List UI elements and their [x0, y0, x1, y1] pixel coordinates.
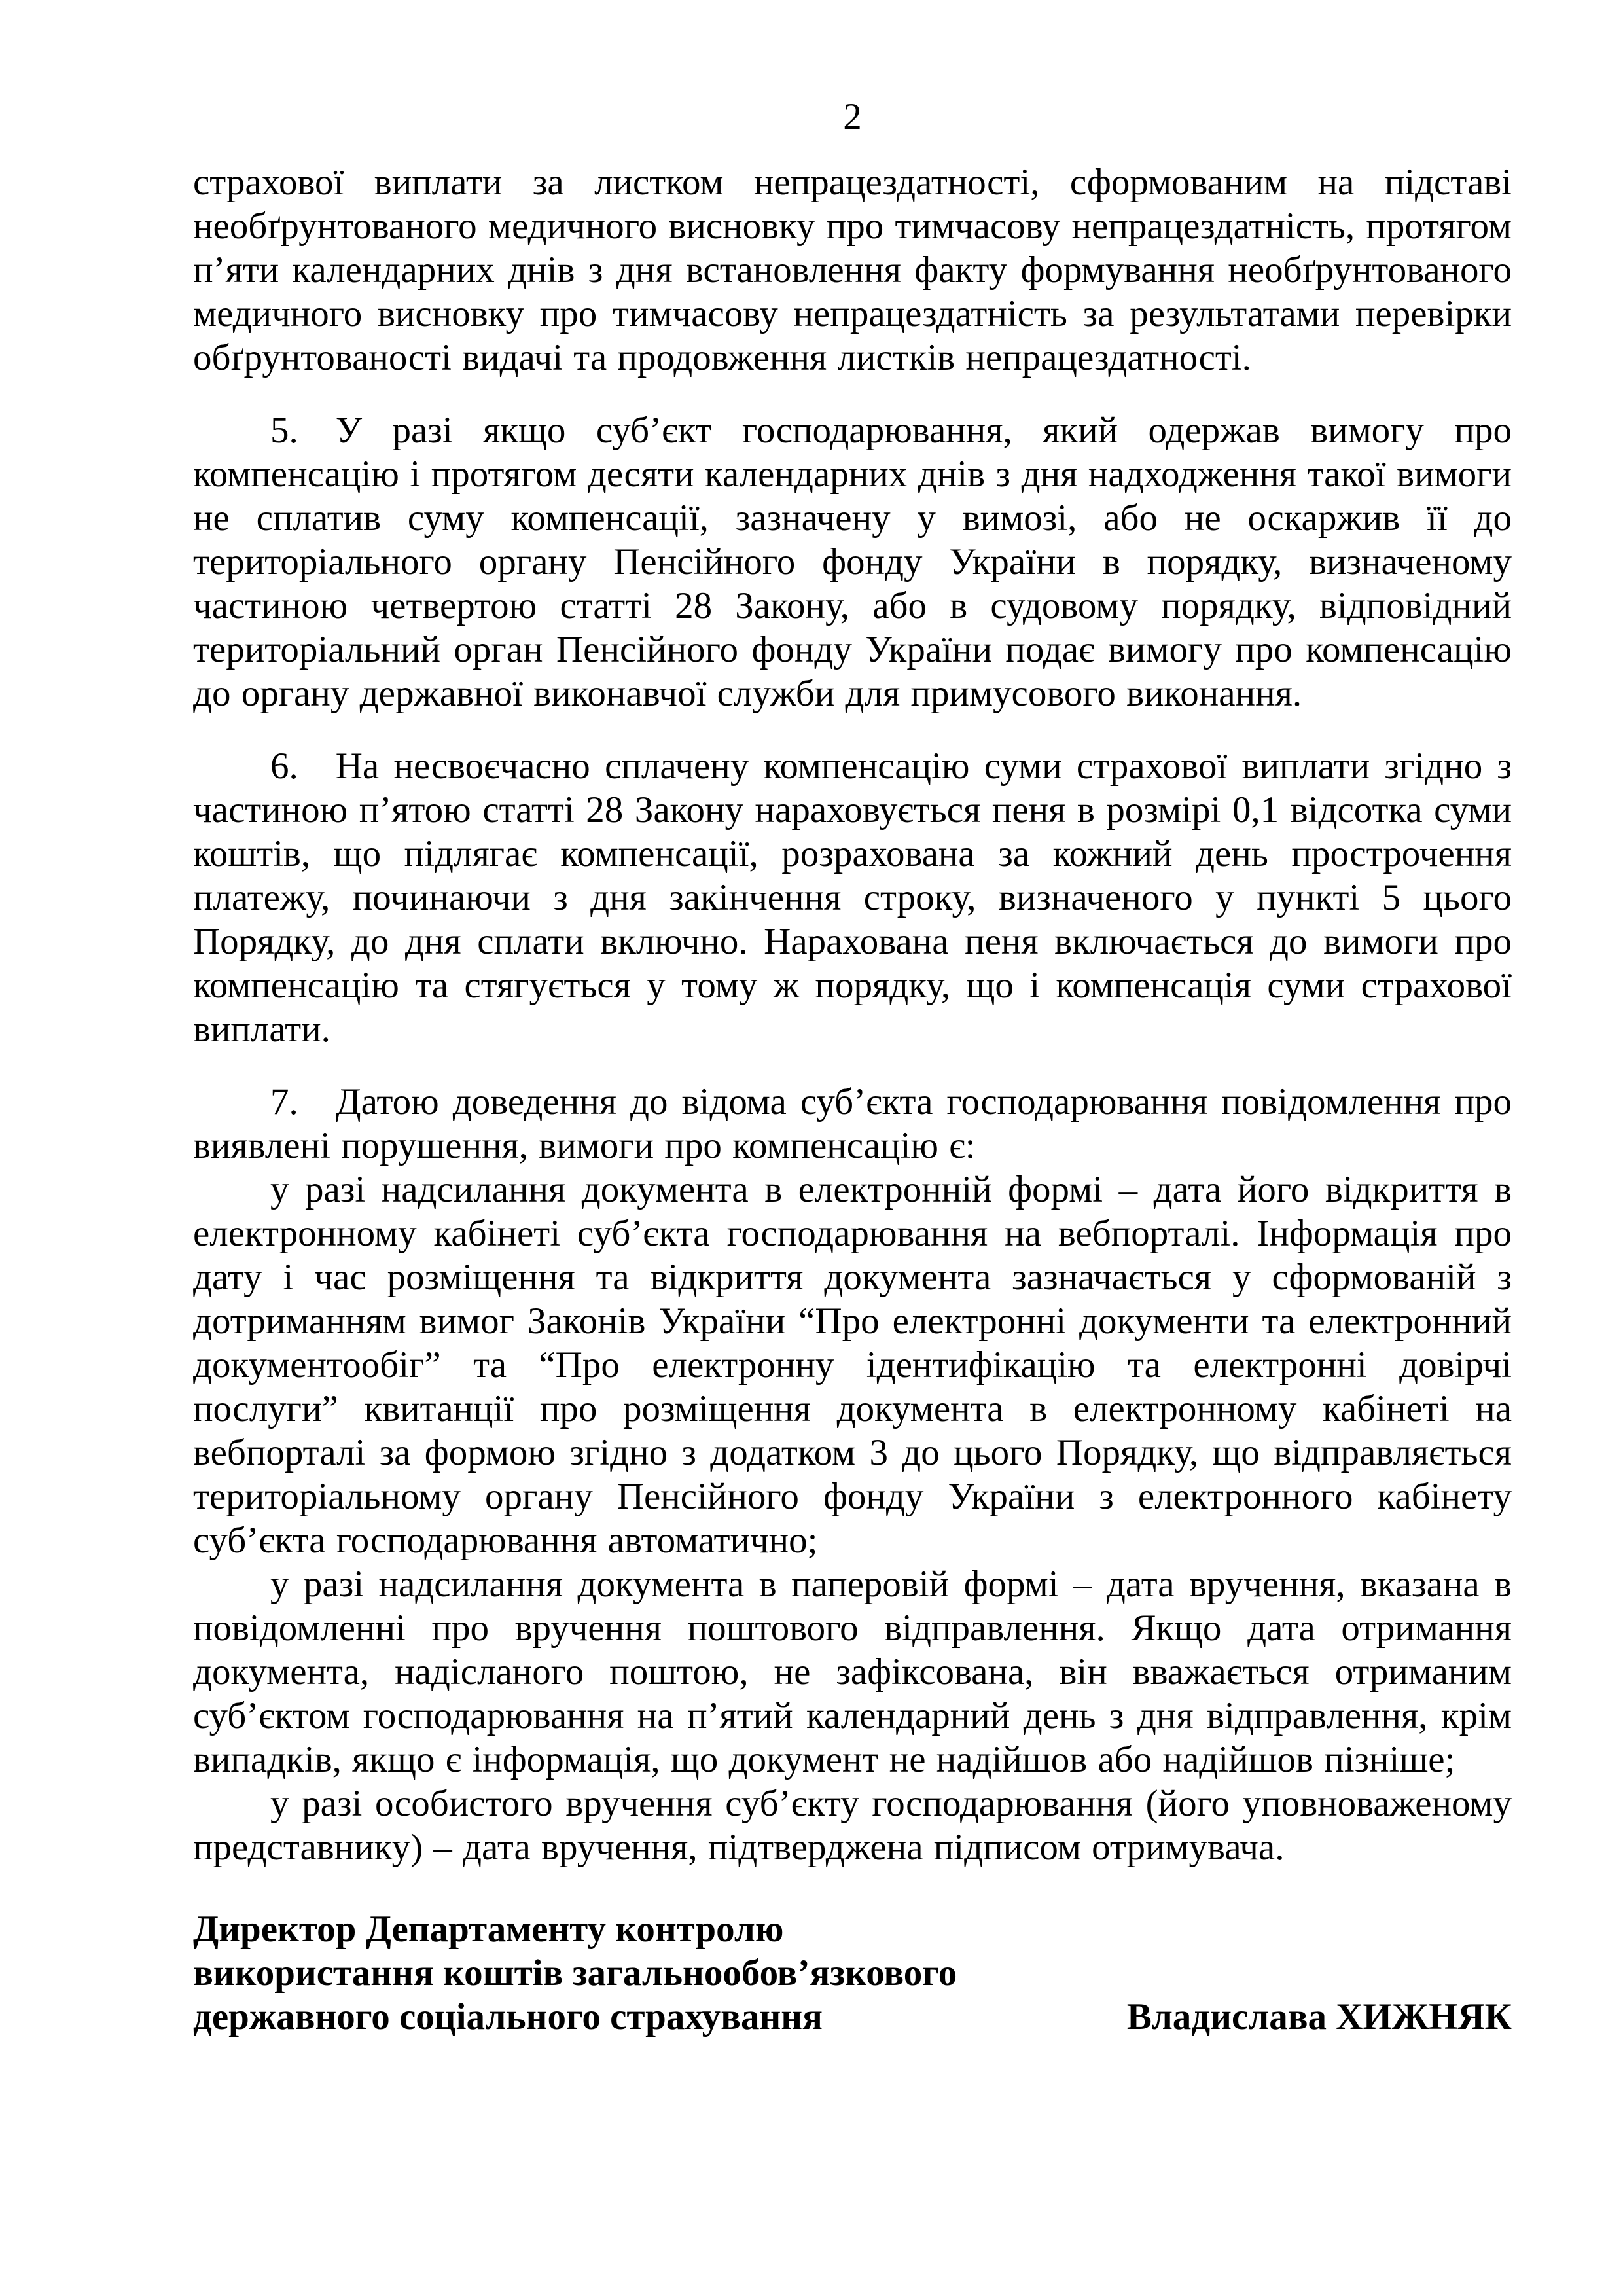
paragraph-7-electronic-delivery: у разі надсилання документа в електронні…: [193, 1168, 1512, 1562]
paragraph-7-intro: 7. Датою доведення до відома суб’єкта го…: [193, 1080, 1512, 1168]
signatory-position-line-2: використання коштів загальнообов’язковог…: [193, 1951, 957, 1995]
paragraph-4-continuation: страхової виплати за листком непрацездат…: [193, 160, 1512, 380]
page-number: 2: [193, 95, 1512, 139]
document-page: 2 страхової виплати за листком непрацезд…: [0, 0, 1623, 2296]
signatory-position-line-1: Директор Департаменту контролю: [193, 1907, 957, 1951]
signature-block: Директор Департаменту контролю використа…: [193, 1907, 1512, 2039]
signatory-position: Директор Департаменту контролю використа…: [193, 1907, 957, 2039]
signatory-name: Владислава ХИЖНЯК: [1127, 1995, 1512, 2039]
paragraph-5: 5. У разі якщо суб’єкт господарювання, я…: [193, 408, 1512, 715]
paragraph-6: 6. На несвоєчасно сплачену компенсацію с…: [193, 744, 1512, 1051]
paragraph-7-paper-delivery: у разі надсилання документа в паперовій …: [193, 1562, 1512, 1782]
paragraph-7-personal-delivery: у разі особистого вручення суб’єкту госп…: [193, 1782, 1512, 1869]
signatory-position-line-3: державного соціального страхування: [193, 1995, 957, 2039]
